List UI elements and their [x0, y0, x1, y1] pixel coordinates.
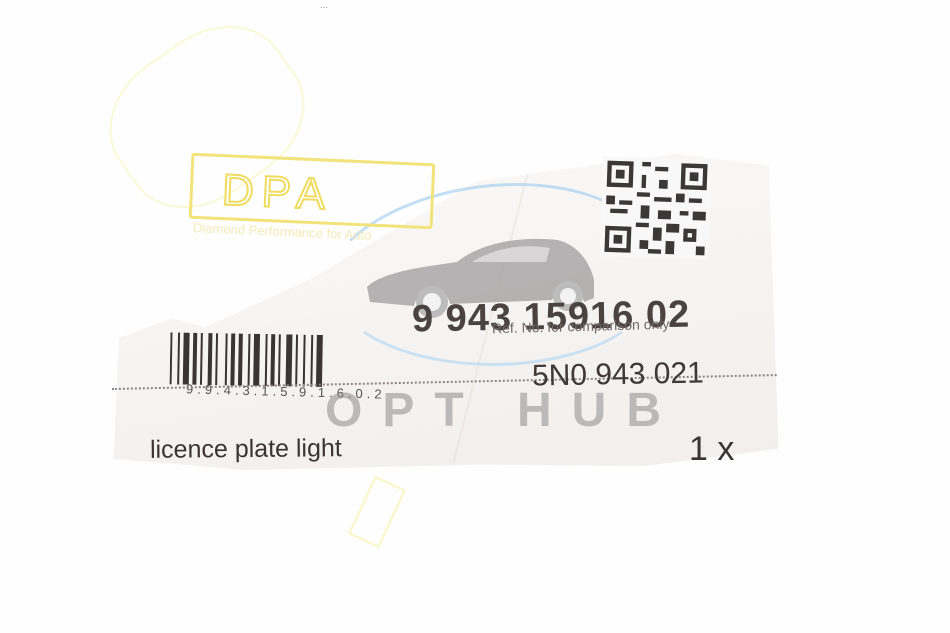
watermark-text: OPT HUB: [325, 383, 681, 438]
background-print-fragment: ...: [320, 0, 328, 11]
background-yellow-print-lower: [348, 476, 406, 548]
product-photo: ... DPA Diamond Performance for Auto 9 9…: [0, 0, 950, 633]
quantity: 1 x: [689, 430, 734, 469]
qr-code-icon: [598, 156, 713, 260]
brand-logo: DPA: [221, 166, 334, 221]
product-description: licence plate light: [150, 434, 342, 465]
barcode-icon: [170, 332, 361, 387]
